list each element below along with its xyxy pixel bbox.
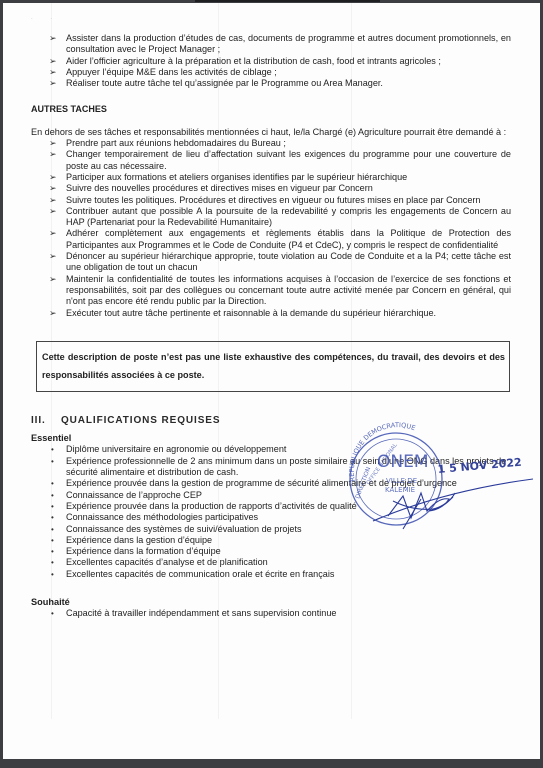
list-item-text: Appuyer l’équipe M&E dans les activités … bbox=[66, 67, 277, 77]
list-item-text: Dénoncer au supérieur hiérarchique appro… bbox=[66, 251, 511, 272]
arrow-bullet-icon: ➢ bbox=[49, 308, 57, 319]
task-item: ➢Réaliser toute autre tâche tel qu’assig… bbox=[31, 78, 511, 89]
list-item-text: Adhérer complètement aux engagements et … bbox=[66, 228, 511, 249]
other-task-item: ➢Exécuter tout autre tâche pertinente et… bbox=[31, 308, 511, 319]
autres-taches-intro: En dehors de ses tâches et responsabilit… bbox=[31, 127, 511, 138]
other-task-item: ➢Maintenir la confidentialité de toutes … bbox=[31, 274, 511, 308]
task-item: ➢Appuyer l’équipe M&E dans les activités… bbox=[31, 67, 511, 78]
essential-qualification-item: •Expérience prouvée dans la gestion de p… bbox=[31, 478, 511, 489]
essential-qualification-item: •Connaissance des systèmes de suivi/éval… bbox=[31, 524, 511, 535]
list-item-text: Expérience dans la gestion d’équipe bbox=[66, 535, 212, 545]
arrow-bullet-icon: ➢ bbox=[49, 149, 57, 160]
essential-qualification-item: •Expérience prouvée dans la production d… bbox=[31, 501, 511, 512]
arrow-bullet-icon: ➢ bbox=[49, 67, 57, 78]
arrow-bullet-icon: ➢ bbox=[49, 138, 57, 149]
list-item-text: Participer aux formations et ateliers or… bbox=[66, 172, 407, 182]
arrow-bullet-icon: ➢ bbox=[49, 183, 57, 194]
task-item: ➢Aider l’officier agriculture à la prépa… bbox=[31, 56, 511, 67]
list-item-text: Diplôme universitaire en agronomie ou dé… bbox=[66, 444, 286, 454]
subheading-essentiel: Essentiel bbox=[31, 433, 511, 444]
dot-bullet-icon: • bbox=[51, 524, 54, 535]
arrow-bullet-icon: ➢ bbox=[49, 33, 57, 44]
arrow-bullet-icon: ➢ bbox=[49, 274, 57, 285]
list-item-text: Réaliser toute autre tâche tel qu’assign… bbox=[66, 78, 383, 88]
essential-qualification-item: •Expérience professionnelle de 2 ans min… bbox=[31, 456, 511, 479]
essential-qualification-item: •Connaissance de l’approche CEP bbox=[31, 490, 511, 501]
other-task-item: ➢Suivre des nouvelles procédures et dire… bbox=[31, 183, 511, 194]
list-item-text: Prendre part aux réunions hebdomadaires … bbox=[66, 138, 286, 148]
list-item-text: Contribuer autant que possible A la pour… bbox=[66, 206, 511, 227]
arrow-bullet-icon: ➢ bbox=[49, 251, 57, 262]
list-item-text: Suivre des nouvelles procédures et direc… bbox=[66, 183, 373, 193]
other-tasks-list: ➢Prendre part aux réunions hebdomadaires… bbox=[31, 138, 511, 319]
list-item-text: Expérience professionnelle de 2 ans mini… bbox=[66, 456, 506, 477]
task-list: ➢Assister dans la production d’études de… bbox=[31, 33, 511, 89]
dot-bullet-icon: • bbox=[51, 501, 54, 512]
other-task-item: ➢Prendre part aux réunions hebdomadaires… bbox=[31, 138, 511, 149]
dot-bullet-icon: • bbox=[51, 569, 54, 580]
desired-qualification-item: •Capacité à travailler indépendamment et… bbox=[31, 608, 511, 619]
desired-qualifications-list: •Capacité à travailler indépendamment et… bbox=[31, 608, 511, 619]
disclaimer-box: Cette description de poste n’est pas une… bbox=[36, 341, 510, 392]
list-item-text: Excellentes capacités d’analyse et de pl… bbox=[66, 557, 268, 567]
dot-bullet-icon: • bbox=[51, 535, 54, 546]
list-item-text: Expérience dans la formation d’équipe bbox=[66, 546, 221, 556]
section-heading-qualifications: III.QUALIFICATIONS REQUISES bbox=[31, 415, 511, 426]
arrow-bullet-icon: ➢ bbox=[49, 172, 57, 183]
list-item-text: Maintenir la confidentialité de toutes l… bbox=[66, 274, 511, 307]
dot-bullet-icon: • bbox=[51, 456, 54, 467]
document-page: . . ➢Assister dans la production d’étude… bbox=[3, 3, 540, 759]
arrow-bullet-icon: ➢ bbox=[49, 195, 57, 206]
list-item-text: Expérience prouvée dans la gestion de pr… bbox=[66, 478, 457, 488]
subheading-souhaite: Souhaité bbox=[31, 597, 511, 608]
list-item-text: Capacité à travailler indépendamment et … bbox=[66, 608, 336, 618]
arrow-bullet-icon: ➢ bbox=[49, 56, 57, 67]
essential-qualification-item: •Excellentes capacités d’analyse et de p… bbox=[31, 557, 511, 568]
window-top-strip bbox=[195, 0, 380, 2]
list-item-text: Suivre toutes les politiques. Procédures… bbox=[66, 195, 481, 205]
dot-bullet-icon: • bbox=[51, 546, 54, 557]
task-item: ➢Assister dans la production d’études de… bbox=[31, 33, 511, 56]
other-task-item: ➢Adhérer complètement aux engagements et… bbox=[31, 228, 511, 251]
section-number: III. bbox=[31, 415, 61, 426]
list-item-text: Aider l’officier agriculture à la prépar… bbox=[66, 56, 441, 66]
section-title: QUALIFICATIONS REQUISES bbox=[61, 415, 220, 426]
list-item-text: Expérience prouvée dans la production de… bbox=[66, 501, 357, 511]
arrow-bullet-icon: ➢ bbox=[49, 206, 57, 217]
other-task-item: ➢Changer temporairement de lieu d’affect… bbox=[31, 149, 511, 172]
dot-bullet-icon: • bbox=[51, 512, 54, 523]
essential-qualification-item: •Diplôme universitaire en agronomie ou d… bbox=[31, 444, 511, 455]
dot-bullet-icon: • bbox=[51, 608, 54, 619]
other-task-item: ➢Suivre toutes les politiques. Procédure… bbox=[31, 195, 511, 206]
arrow-bullet-icon: ➢ bbox=[49, 78, 57, 89]
arrow-bullet-icon: ➢ bbox=[49, 228, 57, 239]
essential-qualification-item: •Excellentes capacités de communication … bbox=[31, 569, 511, 580]
essential-qualification-item: •Connaissance des méthodologies particip… bbox=[31, 512, 511, 523]
list-item-text: Excellentes capacités de communication o… bbox=[66, 569, 334, 579]
dot-bullet-icon: • bbox=[51, 444, 54, 455]
dot-bullet-icon: • bbox=[51, 557, 54, 568]
other-task-item: ➢Dénoncer au supérieur hiérarchique appr… bbox=[31, 251, 511, 274]
section-heading-autres-taches: AUTRES TACHES bbox=[31, 104, 511, 115]
other-task-item: ➢Participer aux formations et ateliers o… bbox=[31, 172, 511, 183]
essential-qualification-item: •Expérience dans la gestion d’équipe bbox=[31, 535, 511, 546]
list-item-text: Exécuter tout autre tâche pertinente et … bbox=[66, 308, 436, 318]
dot-bullet-icon: • bbox=[51, 478, 54, 489]
list-item-text: Connaissance des systèmes de suivi/évalu… bbox=[66, 524, 302, 534]
list-item-text: Connaissance de l’approche CEP bbox=[66, 490, 202, 500]
dot-bullet-icon: • bbox=[51, 490, 54, 501]
essential-qualifications-list: •Diplôme universitaire en agronomie ou d… bbox=[31, 444, 511, 580]
list-item-text: Connaissance des méthodologies participa… bbox=[66, 512, 258, 522]
list-item-text: Assister dans la production d’études de … bbox=[66, 33, 511, 54]
essential-qualification-item: •Expérience dans la formation d’équipe bbox=[31, 546, 511, 557]
list-item-text: Changer temporairement de lieu d’affecta… bbox=[66, 149, 511, 170]
other-task-item: ➢Contribuer autant que possible A la pou… bbox=[31, 206, 511, 229]
document-content: ➢Assister dans la production d’études de… bbox=[31, 3, 511, 620]
